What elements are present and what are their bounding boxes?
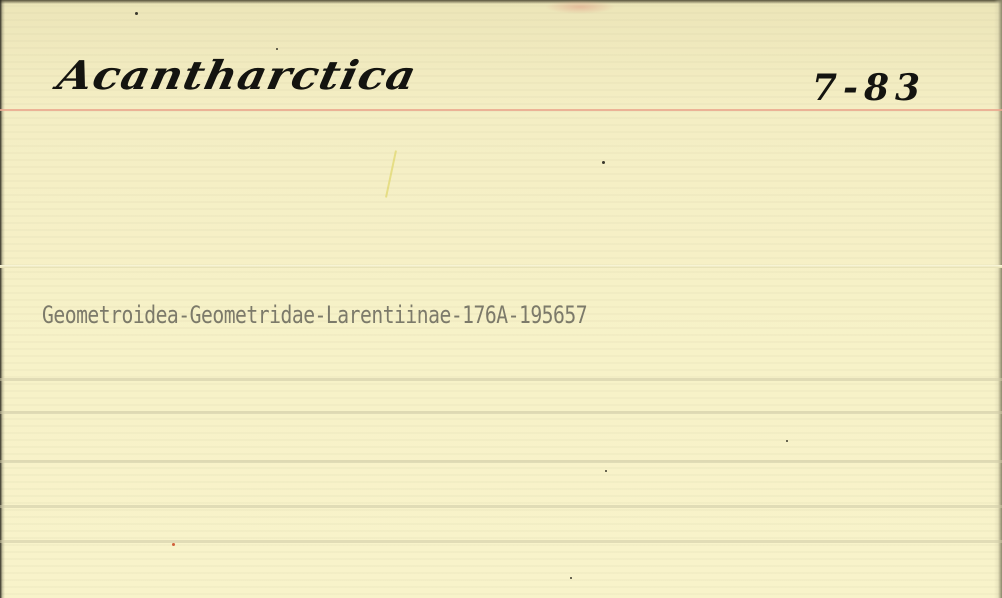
speck	[135, 12, 138, 15]
card-code-handwritten: 7-83	[812, 70, 926, 106]
genus-name-handwritten: Acantharctica	[54, 56, 420, 96]
index-card: Acantharctica 7-83 Geometroidea-Geometri…	[0, 0, 1002, 598]
ruled-line	[0, 540, 1002, 543]
card-top-edge	[0, 0, 1002, 4]
ruled-line	[0, 505, 1002, 508]
speck	[276, 48, 278, 50]
ruled-line	[0, 378, 1002, 381]
card-fold-line	[0, 265, 1002, 268]
speck	[570, 577, 572, 579]
speck	[786, 440, 788, 442]
ruled-line	[0, 460, 1002, 463]
pencil-mark	[385, 150, 397, 197]
card-left-edge	[0, 0, 5, 598]
speck	[172, 543, 175, 546]
taxonomy-classification-label: Geometroidea-Geometridae-Larentiinae-176…	[42, 303, 587, 327]
header-red-rule	[0, 109, 1002, 111]
stain-mark	[545, 0, 615, 14]
ruled-line	[0, 411, 1002, 414]
speck	[602, 161, 605, 164]
card-right-edge	[994, 0, 1002, 598]
speck	[605, 470, 607, 472]
